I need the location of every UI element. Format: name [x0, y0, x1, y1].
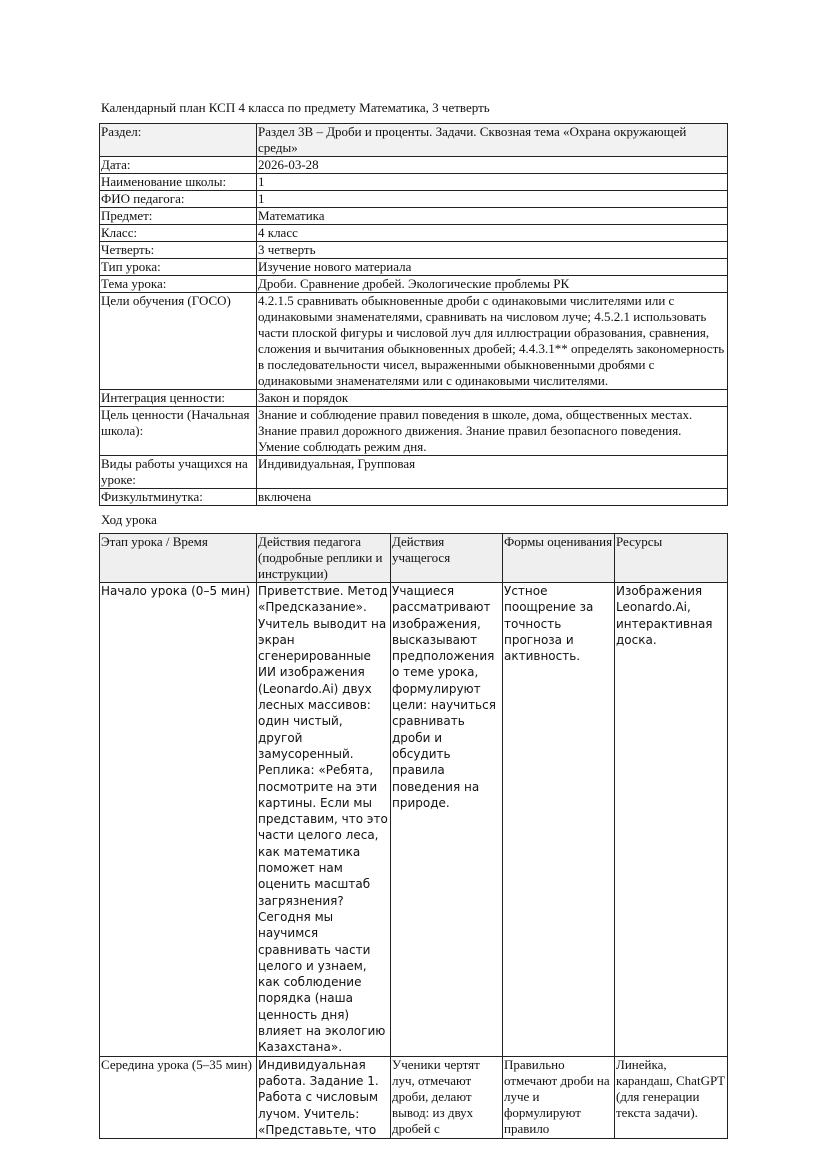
info-value: 3 четверть: [257, 242, 728, 259]
info-row-teacher: ФИО педагога: 1: [100, 191, 728, 208]
info-label: Физкультминутка:: [100, 489, 257, 506]
info-value: 2026-03-28: [257, 157, 728, 174]
column-header-resources: Ресурсы: [615, 534, 728, 583]
info-value: Математика: [257, 208, 728, 225]
info-label: Интеграция ценности:: [100, 390, 257, 407]
info-value: включена: [257, 489, 728, 506]
info-row-work-types: Виды работы учащихся на уроке: Индивидуа…: [100, 456, 728, 489]
info-row-topic: Тема урока: Дроби. Сравнение дробей. Эко…: [100, 276, 728, 293]
lesson-info-table: Раздел: Раздел 3В – Дроби и проценты. За…: [99, 123, 728, 506]
info-label: Тип урока:: [100, 259, 257, 276]
info-row-physical-break: Физкультминутка: включена: [100, 489, 728, 506]
lesson-flow-heading: Ход урока: [101, 512, 157, 528]
info-label: Раздел:: [100, 124, 257, 157]
resources-cell: Линейка, карандаш, ChatGPT (для генераци…: [615, 1056, 728, 1138]
column-header-teacher: Действия педагога (подробные реплики и и…: [257, 534, 391, 583]
info-value: Закон и порядок: [257, 390, 728, 407]
document-title: Календарный план КСП 4 класса по предмет…: [101, 100, 490, 116]
student-actions-cell: Учащиеся рассматривают изображения, выск…: [391, 583, 503, 1057]
info-label: Четверть:: [100, 242, 257, 259]
info-value: Раздел 3В – Дроби и проценты. Задачи. Ск…: [257, 124, 728, 157]
info-label: Предмет:: [100, 208, 257, 225]
info-row-date: Дата: 2026-03-28: [100, 157, 728, 174]
info-row-school: Наименование школы: 1: [100, 174, 728, 191]
info-row-learning-goals: Цели обучения (ГОСО) 4.2.1.5 сравнивать …: [100, 293, 728, 390]
info-value: 4 класс: [257, 225, 728, 242]
table-row: Середина урока (5–35 мин) Индивидуальная…: [100, 1056, 728, 1138]
info-label: Дата:: [100, 157, 257, 174]
teacher-actions-cell: Индивидуальная работа. Задание 1. Работа…: [257, 1056, 391, 1138]
info-row-subject: Предмет: Математика: [100, 208, 728, 225]
column-header-stage: Этап урока / Время: [100, 534, 257, 583]
stage-cell: Середина урока (5–35 мин): [100, 1056, 257, 1138]
info-row-quarter: Четверть: 3 четверть: [100, 242, 728, 259]
column-header-students: Действия учащегося: [391, 534, 503, 583]
assessment-cell: Правильно отмечают дроби на луче и форму…: [503, 1056, 615, 1138]
student-actions-cell: Ученики чертят луч, отмечают дроби, дела…: [391, 1056, 503, 1138]
info-row-section: Раздел: Раздел 3В – Дроби и проценты. За…: [100, 124, 728, 157]
table-row: Начало урока (0–5 мин) Приветствие. Мето…: [100, 583, 728, 1057]
column-header-assessment: Формы оценивания: [503, 534, 615, 583]
info-label: Тема урока:: [100, 276, 257, 293]
info-row-value-goal: Цель ценности (Начальная школа): Знание …: [100, 407, 728, 456]
info-label: Цели обучения (ГОСО): [100, 293, 257, 390]
info-value: Дроби. Сравнение дробей. Экологические п…: [257, 276, 728, 293]
assessment-cell: Устное поощрение за точность прогноза и …: [503, 583, 615, 1057]
info-label: Виды работы учащихся на уроке:: [100, 456, 257, 489]
info-row-grade: Класс: 4 класс: [100, 225, 728, 242]
info-value: 4.2.1.5 сравнивать обыкновенные дроби с …: [257, 293, 728, 390]
info-value: Индивидуальная, Групповая: [257, 456, 728, 489]
resources-cell: Изображения Leonardo.Ai, интерактивная д…: [615, 583, 728, 1057]
stage-cell: Начало урока (0–5 мин): [100, 583, 257, 1057]
teacher-actions-cell: Приветствие. Метод «Предсказание». Учите…: [257, 583, 391, 1057]
lesson-flow-table: Этап урока / Время Действия педагога (по…: [99, 533, 728, 1139]
info-label: Цель ценности (Начальная школа):: [100, 407, 257, 456]
info-value: Изучение нового материала: [257, 259, 728, 276]
info-label: Наименование школы:: [100, 174, 257, 191]
info-row-value-integration: Интеграция ценности: Закон и порядок: [100, 390, 728, 407]
info-label: Класс:: [100, 225, 257, 242]
info-value: Знание и соблюдение правил поведения в ш…: [257, 407, 728, 456]
info-row-lesson-type: Тип урока: Изучение нового материала: [100, 259, 728, 276]
info-label: ФИО педагога:: [100, 191, 257, 208]
info-value: 1: [257, 191, 728, 208]
table-header-row: Этап урока / Время Действия педагога (по…: [100, 534, 728, 583]
info-value: 1: [257, 174, 728, 191]
